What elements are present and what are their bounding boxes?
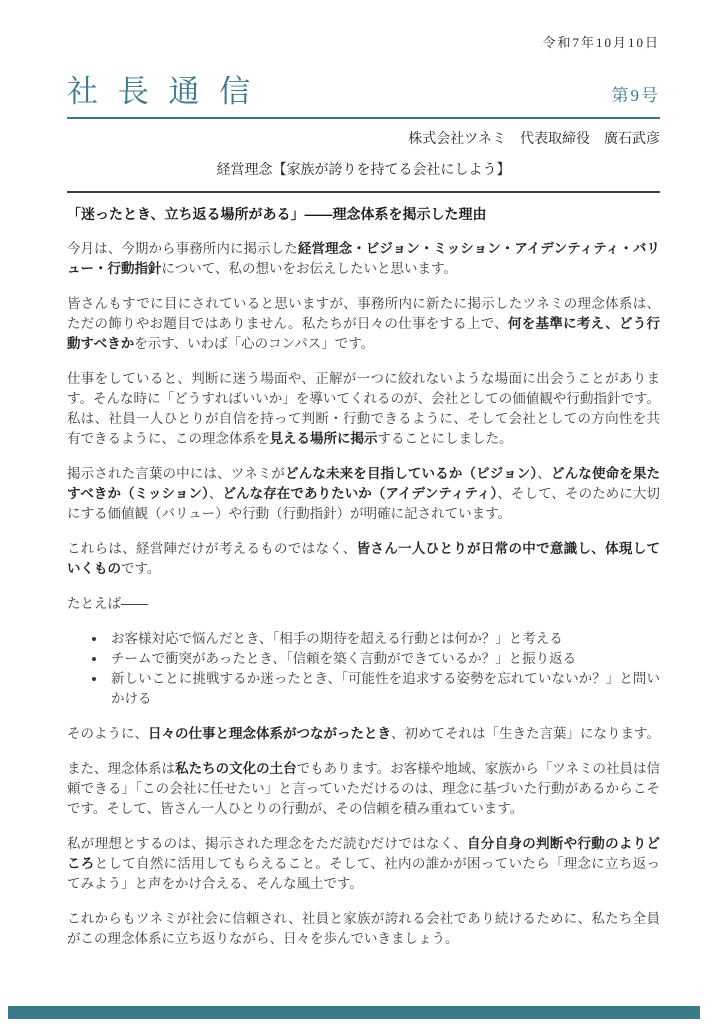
paragraph-culture: また、理念体系は私たちの文化の土台でもあります。お客様や地域、家族から「ツネミの… bbox=[67, 759, 660, 819]
list-item: 新しいことに挑戦するか迷ったとき、「可能性を追求する姿勢を忘れていないか？」と問… bbox=[107, 669, 660, 709]
title-rule bbox=[67, 117, 660, 119]
byline: 株式会社ツネミ 代表取締役 廣石武彦 bbox=[67, 128, 660, 148]
page-title: 社 長 通 信 bbox=[67, 75, 256, 108]
paragraph-contents: 掲示された言葉の中には、ツネミがどんな未来を目指しているか（ビジョン）、どんな使… bbox=[67, 464, 660, 524]
paragraph-everyone: これらは、経営陣だけが考えるものではなく、皆さん一人ひとりが日常の中で意識し、体… bbox=[67, 539, 660, 579]
paragraph-living-words: そのように、日々の仕事と理念体系がつながったとき、初めてそれは「生きた言葉」にな… bbox=[67, 724, 660, 744]
list-item: チームで衝突があったとき、「信頼を築く言動ができているか？」と振り返る bbox=[107, 649, 660, 669]
paragraph-reason: 仕事をしていると、判断に迷う場面や、正解が一つに絞れないような場面に出会うことが… bbox=[67, 369, 660, 449]
paragraph-intro: 今月は、今期から事務所内に掲示した経営理念・ビジョン・ミッション・アイデンティテ… bbox=[67, 239, 660, 279]
issue-date: 令和7年10月10日 bbox=[67, 32, 660, 51]
example-list: お客様対応で悩んだとき、「相手の期待を超える行動とは何か？」と考える チームで衝… bbox=[67, 629, 660, 709]
issue-number: 第9号 bbox=[612, 81, 661, 108]
paragraph-compass: 皆さんもすでに目にされていると思いますが、事務所内に新たに掲示したツネミの理念体… bbox=[67, 294, 660, 354]
list-item: お客様対応で悩んだとき、「相手の期待を超える行動とは何か？」と考える bbox=[107, 629, 660, 649]
philosophy-line: 経営理念【家族が誇りを持てる会社にしよう】 bbox=[67, 159, 660, 179]
paragraph-ideal: 私が理想とするのは、掲示された理念をただ読むだけではなく、自分自身の判断や行動の… bbox=[67, 834, 660, 894]
title-row: 社 長 通 信 第9号 bbox=[67, 75, 660, 108]
footer-bar bbox=[8, 1006, 700, 1019]
paragraph-for-example: たとえば―― bbox=[67, 594, 660, 614]
section-rule bbox=[67, 191, 660, 193]
paragraph-closing: これからもツネミが社会に信頼され、社員と家族が誇れる会社であり続けるために、私た… bbox=[67, 909, 660, 949]
newsletter-page: 令和7年10月10日 社 長 通 信 第9号 株式会社ツネミ 代表取締役 廣石武… bbox=[0, 0, 724, 1024]
article-heading: 「迷ったとき、立ち返る場所がある」――理念体系を掲示した理由 bbox=[67, 204, 660, 224]
